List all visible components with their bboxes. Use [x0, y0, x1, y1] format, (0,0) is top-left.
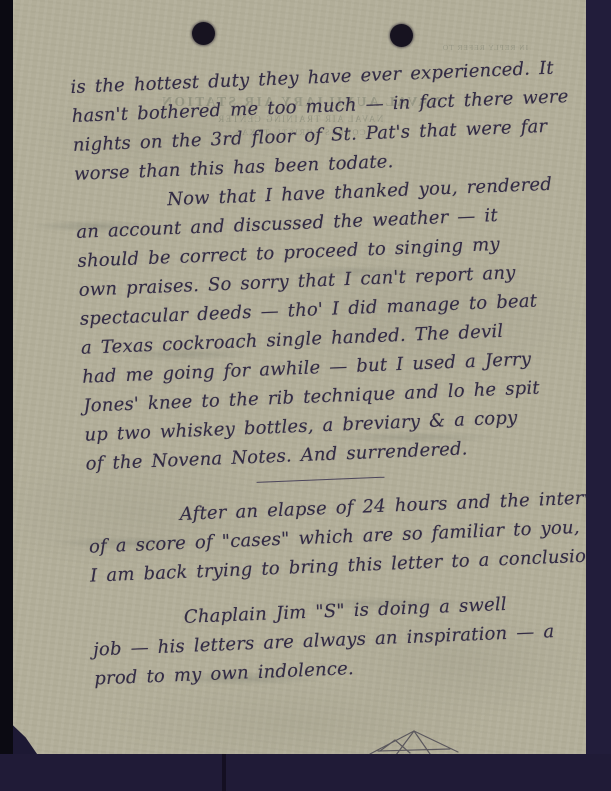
scanner-band-left: [0, 0, 13, 791]
punch-hole-left: [192, 22, 215, 45]
punch-hole-right: [390, 24, 413, 47]
ghost-letterhead-reply-line: IN REPLY REFER TO: [430, 43, 540, 52]
scanner-band-right: [586, 0, 611, 791]
scanned-letter-page: IN REPLY REFER TO NAVAL AUXILIARY AIR ST…: [0, 0, 611, 791]
scanner-band-bottom: [0, 754, 611, 791]
scanner-band-seam: [222, 754, 226, 791]
section-divider: [257, 477, 385, 483]
handwritten-letter-body: is the hottest duty they have ever exper…: [70, 53, 603, 694]
